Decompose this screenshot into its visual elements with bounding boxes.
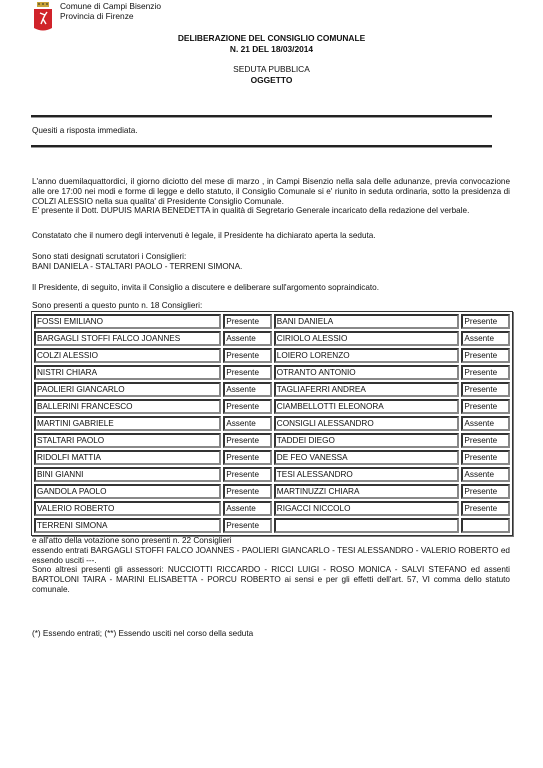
councillor-name: OTRANTO ANTONIO [274,365,460,380]
entrati-text: essendo entrati BARGAGLI STOFFI FALCO JO… [32,546,510,565]
councillor-name: TESI ALESSANDRO [274,467,460,482]
attendance-status: Presente [223,467,272,482]
councillor-name: RIDOLFI MATTIA [34,450,221,465]
councillor-name: TADDEI DIEGO [274,433,460,448]
councillor-name: BALLERINI FRANCESCO [34,399,221,414]
votazione-line: e all'atto della votazione sono presenti… [32,536,232,545]
intro-text: L'anno duemilaquattordici, il giorno dic… [32,177,510,206]
councillor-name: CIRIOLO ALESSIO [274,331,460,346]
attendance-status [461,518,510,533]
document-title: DELIBERAZIONE DEL CONSIGLIO COMUNALE [0,33,543,43]
councillor-name: COLZI ALESSIO [34,348,221,363]
oggetto-text: Quesiti a risposta immediata. [32,126,138,135]
attendance-status: Presente [223,450,272,465]
invito-text: Il Presidente, di seguito, invita il Con… [32,283,510,293]
table-row: COLZI ALESSIOPresenteLOIERO LORENZOPrese… [34,348,510,363]
attendance-table: FOSSI EMILIANOPresenteBANI DANIELAPresen… [31,311,513,536]
councillor-name: FOSSI EMILIANO [34,314,221,329]
scrutatori-names: BANI DANIELA - STALTARI PAOLO - TERRENI … [32,262,242,271]
divider-bottom [31,145,492,148]
table-row: FOSSI EMILIANOPresenteBANI DANIELAPresen… [34,314,510,329]
councillor-name: MARTINI GABRIELE [34,416,221,431]
attendance-status: Assente [461,467,510,482]
councillor-name [274,518,460,533]
attendance-status: Presente [223,433,272,448]
councillor-name: DE FEO VANESSA [274,450,460,465]
attendance-status: Presente [461,365,510,380]
segretario-text: E' presente il Dott. DUPUIS MARIA BENEDE… [32,206,469,215]
scrutatori-paragraph: Sono stati designati scrutatori i Consig… [32,252,510,272]
councillor-name: RIGACCI NICCOLO [274,501,460,516]
councillor-name: CIAMBELLOTTI ELEONORA [274,399,460,414]
attendance-status: Assente [223,416,272,431]
table-row: BARGAGLI STOFFI FALCO JOANNESAssenteCIRI… [34,331,510,346]
comune-name: Comune di Campi Bisenzio [60,1,161,11]
councillor-name: VALERIO ROBERTO [34,501,221,516]
table-row: GANDOLA PAOLOPresenteMARTINUZZI CHIARAPr… [34,484,510,499]
attendance-status: Presente [223,484,272,499]
attendance-status: Presente [223,365,272,380]
councillor-name: PAOLIERI GIANCARLO [34,382,221,397]
scrutatori-label: Sono stati designati scrutatori i Consig… [32,252,186,261]
votazione-paragraph: e all'atto della votazione sono presenti… [32,536,510,595]
attendance-status: Presente [461,450,510,465]
divider-top [31,115,492,118]
table-row: MARTINI GABRIELEAssenteCONSIGLI ALESSAND… [34,416,510,431]
councillor-name: NISTRI CHIARA [34,365,221,380]
attendance-status: Presente [461,501,510,516]
constatato-text: Constatato che il numero degli intervenu… [32,231,510,241]
table-row: TERRENI SIMONAPresente [34,518,510,533]
document-number: N. 21 DEL 18/03/2014 [0,44,543,54]
councillor-name: LOIERO LORENZO [274,348,460,363]
attendance-status: Presente [461,314,510,329]
councillor-name: GANDOLA PAOLO [34,484,221,499]
councillor-name: MARTINUZZI CHIARA [274,484,460,499]
councillor-name: BANI DANIELA [274,314,460,329]
table-row: NISTRI CHIARAPresenteOTRANTO ANTONIOPres… [34,365,510,380]
attendance-status: Presente [223,348,272,363]
footnote: (*) Essendo entrati; (**) Essendo usciti… [32,629,253,638]
attendance-status: Presente [223,399,272,414]
table-row: STALTARI PAOLOPresenteTADDEI DIEGOPresen… [34,433,510,448]
attendance-status: Assente [461,416,510,431]
intro-paragraph: L'anno duemilaquattordici, il giorno dic… [32,177,510,216]
councillor-name: TAGLIAFERRI ANDREA [274,382,460,397]
councillor-name: BARGAGLI STOFFI FALCO JOANNES [34,331,221,346]
provincia-name: Provincia di Firenze [60,11,134,21]
table-row: VALERIO ROBERTOAssenteRIGACCI NICCOLOPre… [34,501,510,516]
table-row: BINI GIANNIPresenteTESI ALESSANDROAssent… [34,467,510,482]
attendance-status: Presente [223,518,272,533]
attendance-status: Presente [461,382,510,397]
attendance-status: Presente [461,399,510,414]
councillor-name: TERRENI SIMONA [34,518,221,533]
councillor-name: BINI GIANNI [34,467,221,482]
councillor-name: STALTARI PAOLO [34,433,221,448]
table-row: PAOLIERI GIANCARLOAssenteTAGLIAFERRI AND… [34,382,510,397]
table-row: BALLERINI FRANCESCOPresenteCIAMBELLOTTI … [34,399,510,414]
table-row: RIDOLFI MATTIAPresenteDE FEO VANESSAPres… [34,450,510,465]
coat-of-arms-icon [32,2,54,34]
seduta-type: SEDUTA PUBBLICA [0,64,543,74]
attendance-status: Presente [461,433,510,448]
attendance-status: Presente [461,484,510,499]
attendance-status: Assente [461,331,510,346]
attendance-status: Presente [223,314,272,329]
presenti-label: Sono presenti a questo punto n. 18 Consi… [32,301,510,311]
councillor-name: CONSIGLI ALESSANDRO [274,416,460,431]
attendance-status: Assente [223,501,272,516]
attendance-status: Presente [461,348,510,363]
assessori-text: Sono altresi presenti gli assessori: NUC… [32,565,510,594]
attendance-status: Assente [223,382,272,397]
attendance-status: Assente [223,331,272,346]
oggetto-label: OGGETTO [0,75,543,85]
